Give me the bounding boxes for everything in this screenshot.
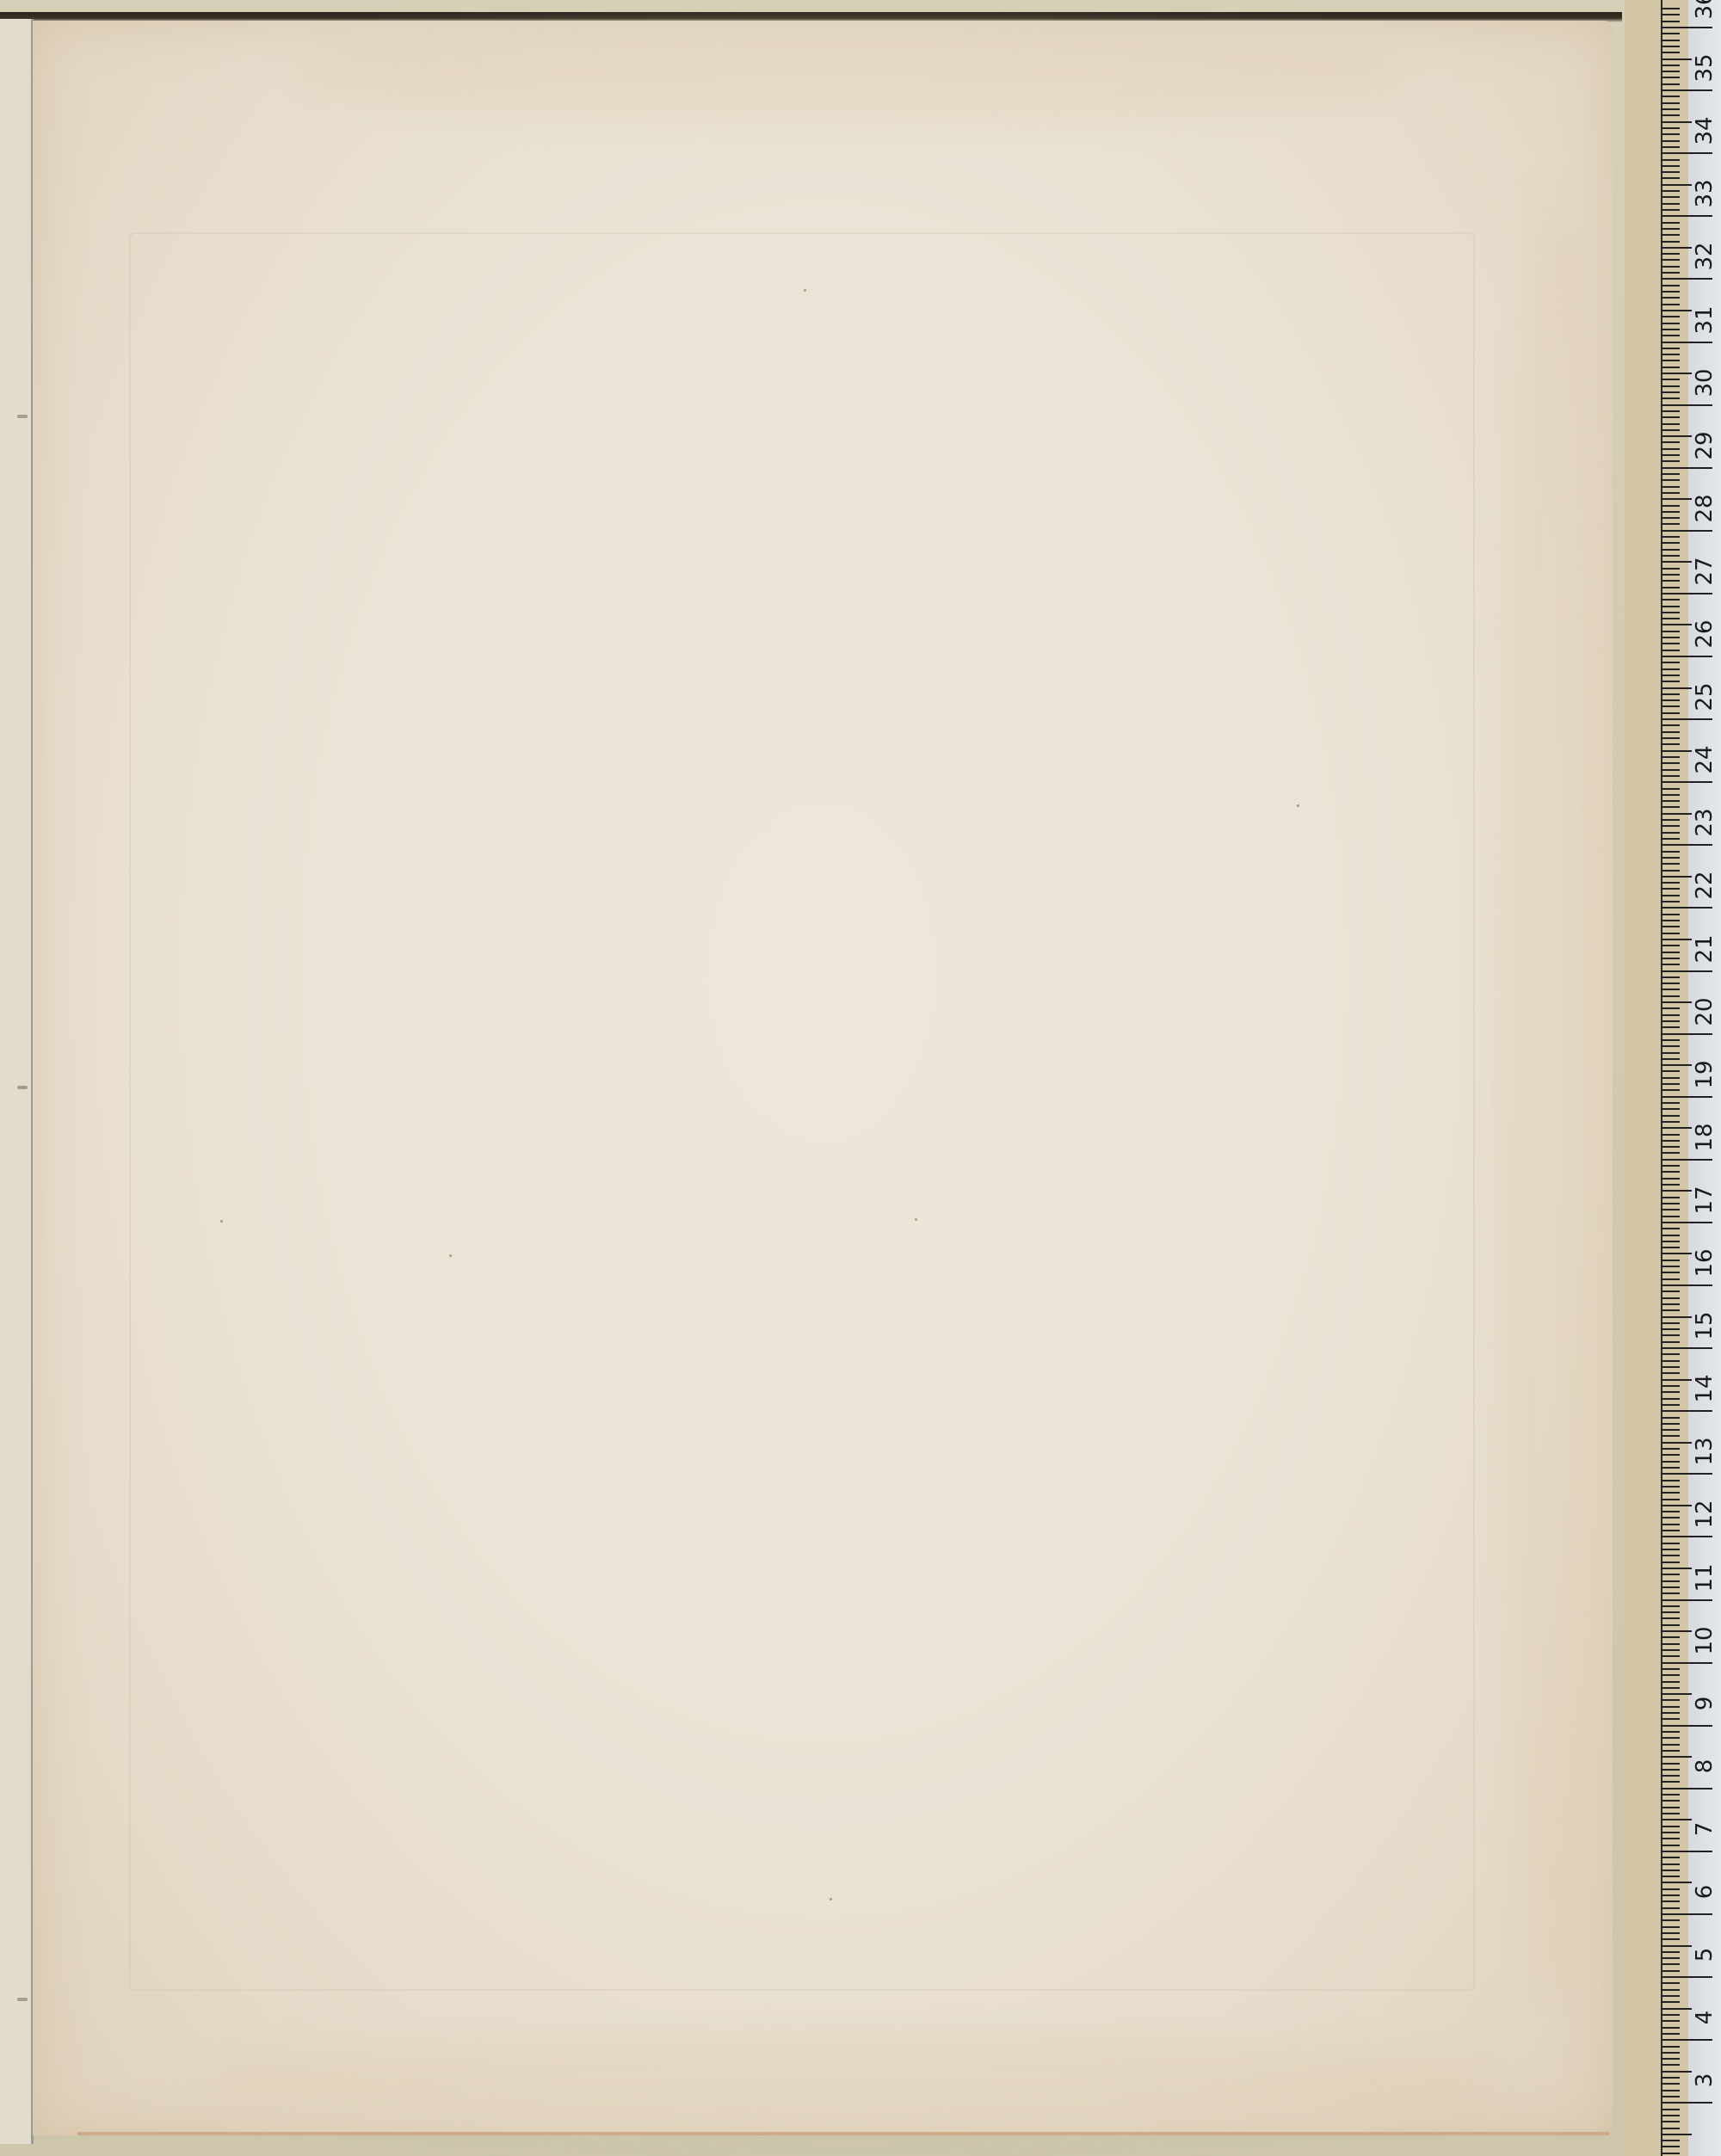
ruler-tick: [1661, 1385, 1680, 1387]
ruler-tick: [1661, 612, 1680, 613]
ruler-tick: [1661, 1410, 1712, 1412]
ruler-tick: [1661, 159, 1680, 161]
ruler-tick: [1661, 272, 1680, 274]
ruler-label: 33: [1693, 174, 1717, 213]
ruler-tick: [1661, 1649, 1680, 1651]
ruler-tick: [1661, 95, 1680, 97]
ruler-tick: [1661, 1391, 1680, 1393]
ruler-label: 21: [1693, 929, 1717, 969]
ruler-tick: [1661, 1077, 1680, 1079]
ruler-tick: [1661, 114, 1680, 116]
ruler-tick: [1661, 1536, 1712, 1537]
ruler-tick: [1661, 1900, 1680, 1902]
ruler-label: 14: [1693, 1369, 1717, 1408]
ruler-tick: [1661, 1894, 1680, 1896]
ruler-tick: [1661, 681, 1680, 682]
ruler-tick: [1661, 844, 1712, 846]
ruler-tick: [1661, 367, 1680, 368]
ruler-tick: [1661, 1165, 1680, 1167]
ruler-tick: [1661, 1058, 1680, 1060]
ruler-tick: [1661, 1568, 1692, 1569]
ruler-tick: [1661, 1951, 1680, 1953]
ruler-tick: [1661, 2008, 1692, 2010]
ruler-tick: [1661, 536, 1680, 538]
ruler-label: 25: [1693, 677, 1717, 717]
ruler-tick: [1661, 1316, 1692, 1318]
ruler-label: 29: [1693, 426, 1717, 465]
ruler-tick: [1661, 1309, 1680, 1311]
ruler-tick: [1661, 574, 1680, 576]
ruler-label: 7: [1693, 1809, 1717, 1849]
ruler-tick: [1661, 724, 1680, 726]
ruler-tick: [1661, 348, 1680, 349]
ruler-tick: [1661, 241, 1680, 243]
ruler-label: 22: [1693, 865, 1717, 905]
ruler-tick: [1661, 958, 1680, 959]
ruler-tick: [1661, 1756, 1692, 1758]
ruler-tick: [1661, 448, 1680, 450]
ruler-tick: [1661, 1303, 1680, 1305]
ruler-tick: [1661, 870, 1680, 872]
ruler-tick: [1661, 486, 1680, 488]
paper-speck: [804, 289, 806, 292]
ruler-tick: [1661, 335, 1680, 336]
ruler-tick: [1661, 1461, 1680, 1463]
ruler-tick: [1661, 1404, 1680, 1406]
ruler-tick: [1661, 1033, 1712, 1035]
ruler-tick: [1661, 1171, 1680, 1173]
ruler-tick: [1661, 1328, 1680, 1330]
ruler-tick: [1661, 606, 1680, 607]
ruler-tick: [1661, 102, 1680, 104]
ruler-tick: [1661, 397, 1680, 399]
ruler-tick: [1661, 769, 1680, 771]
ruler-tick: [1661, 1241, 1680, 1242]
ruler-tick: [1661, 2109, 1680, 2110]
ruler-tick: [1661, 1467, 1680, 1469]
ruler-tick: [1661, 825, 1680, 827]
paper-speck: [1297, 804, 1299, 807]
ruler-tick: [1661, 1731, 1680, 1733]
ruler-tick: [1661, 1184, 1680, 1186]
ruler-label: 4: [1693, 1998, 1717, 2037]
ruler-tick: [1661, 127, 1680, 129]
ruler-tick: [1661, 568, 1680, 570]
ruler-tick: [1661, 59, 1692, 60]
binding-stitch: [17, 415, 28, 418]
ruler-tick: [1661, 587, 1680, 588]
ruler-tick: [1661, 851, 1680, 853]
ruler-tick: [1661, 304, 1680, 305]
ruler-label: 24: [1693, 740, 1717, 779]
ruler-tick: [1661, 882, 1680, 884]
ruler-tick: [1661, 2090, 1680, 2091]
ruler-tick: [1661, 1505, 1692, 1506]
ruler-tick: [1661, 1957, 1680, 1959]
ruler-label: 17: [1693, 1180, 1717, 1220]
ruler-tick: [1661, 1549, 1680, 1550]
ruler-tick: [1661, 976, 1680, 978]
ruler-tick: [1661, 234, 1680, 236]
ruler-tick: [1661, 492, 1680, 494]
ruler-tick: [1661, 253, 1680, 255]
ruler-tick: [1661, 876, 1692, 878]
ruler-tick: [1661, 354, 1680, 355]
ruler-tick: [1661, 297, 1680, 299]
ruler-tick: [1661, 1423, 1680, 1425]
ruler-tick: [1661, 1190, 1692, 1192]
ruler-tick: [1661, 1693, 1692, 1695]
ruler-tick: [1661, 1605, 1680, 1607]
paper-speck: [830, 1898, 832, 1900]
ruler-tick: [1661, 1108, 1680, 1110]
ruler-tick: [1661, 1794, 1680, 1796]
ruler-tick: [1661, 423, 1680, 425]
ruler-tick: [1661, 1353, 1680, 1355]
ruler-tick: [1661, 1007, 1680, 1009]
ruler-tick: [1661, 473, 1680, 475]
ruler-tick: [1661, 203, 1680, 205]
ruler-tick: [1661, 2064, 1680, 2066]
ruler-tick: [1661, 832, 1680, 834]
ruler-tick: [1661, 1442, 1692, 1444]
ruler-tick: [1661, 599, 1680, 601]
ruler-tick: [1661, 806, 1680, 808]
ruler-tick: [1661, 756, 1680, 758]
ruler-tick: [1661, 1524, 1680, 1525]
ruler-tick: [1661, 1146, 1680, 1148]
ruler-tick: [1661, 1216, 1680, 1217]
ruler-tick: [1661, 1586, 1680, 1588]
ruler-tick: [1661, 1272, 1680, 1273]
ruler-tick: [1661, 775, 1680, 777]
ruler-tick: [1661, 71, 1680, 72]
ruler-tick: [1661, 1970, 1680, 1972]
ruler-label: 34: [1693, 111, 1717, 151]
paper-speck: [915, 1218, 917, 1221]
ruler-tick: [1661, 429, 1680, 431]
ruler-tick: [1661, 2071, 1692, 2073]
page-bottom-edge: [77, 2132, 1609, 2135]
ruler-label: 3: [1693, 2061, 1717, 2100]
ruler-tick: [1661, 1555, 1680, 1556]
ruler-tick: [1661, 1888, 1680, 1890]
ruler-tick: [1661, 385, 1680, 387]
ruler-tick: [1661, 1530, 1680, 1531]
ruler-tick: [1661, 1845, 1680, 1846]
ruler-tick: [1661, 750, 1692, 752]
ruler-label: 15: [1693, 1306, 1717, 1346]
ruler-tick: [1661, 479, 1680, 481]
ruler-tick: [1661, 1127, 1692, 1129]
ruler-tick: [1661, 1473, 1712, 1475]
ruler-tick: [1661, 1121, 1680, 1123]
ruler-tick: [1661, 1687, 1680, 1689]
ruler-tick: [1661, 1448, 1680, 1450]
ruler-tick: [1661, 196, 1680, 198]
ruler-tick: [1661, 247, 1692, 249]
ruler-tick: [1661, 1083, 1680, 1085]
ruler-tick: [1661, 1159, 1712, 1161]
ruler-tick: [1661, 1492, 1680, 1494]
ruler-label: 18: [1693, 1118, 1717, 1157]
ruler-tick: [1661, 2077, 1680, 2079]
ruler-tick: [1661, 1102, 1680, 1104]
ruler-label: 32: [1693, 237, 1717, 276]
ruler-tick: [1661, 945, 1680, 946]
ruler-tick: [1661, 1826, 1680, 1827]
ruler-tick: [1661, 901, 1680, 902]
ruler-tick: [1661, 762, 1680, 764]
ruler-tick: [1661, 668, 1680, 670]
ruler-tick: [1661, 133, 1680, 135]
previous-leaf-edge: [0, 19, 34, 2144]
ruler-tick: [1661, 1291, 1680, 1292]
ruler-tick: [1661, 33, 1680, 34]
ruler-tick: [1661, 2052, 1680, 2054]
ruler-tick: [1661, 190, 1680, 192]
ruler-label: 31: [1693, 300, 1717, 340]
ruler-tick: [1661, 209, 1680, 211]
ruler-tick: [1661, 1045, 1680, 1047]
ruler-tick: [1661, 800, 1680, 802]
ruler-tick: [1661, 523, 1680, 525]
ruler-tick: [1661, 460, 1680, 462]
ruler-tick: [1661, 1197, 1680, 1198]
ruler-tick: [1661, 1681, 1680, 1683]
ruler-tick: [1661, 1599, 1712, 1601]
ruler-tick: [1661, 1882, 1692, 1883]
ruler-tick: [1661, 165, 1680, 167]
ruler-tick: [1661, 1366, 1680, 1368]
ruler-label: 13: [1693, 1432, 1717, 1471]
foxing-stain: [205, 2034, 1496, 2128]
ruler-tick: [1661, 1511, 1680, 1512]
ruler-label: 19: [1693, 1055, 1717, 1094]
ruler-tick: [1661, 410, 1680, 412]
ruler-tick: [1661, 1152, 1680, 1154]
ruler-label: 9: [1693, 1684, 1717, 1723]
ruler-label: 8: [1693, 1746, 1717, 1786]
ruler-tick: [1661, 2058, 1680, 2060]
ruler-tick: [1661, 1089, 1680, 1091]
ruler-tick: [1661, 705, 1680, 707]
ruler-tick: [1661, 1982, 1680, 1984]
ruler-tick: [1661, 1347, 1712, 1349]
ruler-tick: [1661, 637, 1680, 638]
ruler-label: 10: [1693, 1621, 1717, 1660]
ruler-tick: [1661, 1706, 1680, 1708]
ruler-tick: [1661, 222, 1680, 224]
ruler-tick: [1661, 285, 1680, 286]
ruler-tick: [1661, 14, 1680, 15]
ruler-tick: [1661, 675, 1680, 676]
ruler-tick: [1661, 1398, 1680, 1400]
ruler-tick: [1661, 1750, 1680, 1752]
ruler-tick: [1661, 939, 1692, 940]
ruler-tick: [1661, 1334, 1680, 1336]
ruler-tick: [1661, 1435, 1680, 1437]
ruler-tick: [1661, 914, 1680, 915]
ruler-tick: [1661, 731, 1680, 733]
ruler-tick: [1661, 1020, 1680, 1022]
ruler-tick: [1661, 1429, 1680, 1431]
ruler-tick: [1661, 1115, 1680, 1117]
ruler-tick: [1661, 89, 1712, 91]
ruler-tick: [1661, 593, 1712, 594]
ruler-tick: [1661, 1580, 1680, 1582]
ruler-tick: [1661, 1260, 1680, 1261]
ruler-tick: [1661, 1001, 1692, 1003]
ruler-tick: [1661, 21, 1680, 22]
ruler-tick: [1661, 650, 1680, 651]
ruler-tick: [1661, 656, 1712, 657]
ruler-tick: [1661, 2014, 1680, 2016]
ruler-tick: [1661, 1517, 1680, 1518]
ruler-tick: [1661, 1480, 1680, 1481]
ruler-tick: [1661, 40, 1680, 41]
ruler-tick: [1661, 2083, 1680, 2085]
ruler-label: 23: [1693, 803, 1717, 842]
ruler-tick: [1661, 228, 1680, 230]
ruler-label: 35: [1693, 48, 1717, 88]
ruler-tick: [1661, 794, 1680, 796]
ruler-tick: [1661, 1278, 1680, 1280]
ruler-tick: [1661, 1039, 1680, 1041]
ruler-tick: [1661, 2121, 1680, 2122]
ruler-tick: [1661, 1926, 1680, 1928]
ruler-tick: [1661, 624, 1692, 625]
ruler-tick: [1661, 1209, 1680, 1210]
paper-speck: [449, 1254, 452, 1257]
ruler-tick: [1661, 1945, 1692, 1947]
ruler-tick: [1661, 1134, 1680, 1136]
ruler-tick: [1661, 1064, 1692, 1066]
ruler-tick: [1661, 404, 1712, 406]
ruler-tick: [1661, 718, 1712, 720]
ruler-tick: [1661, 177, 1680, 179]
ruler-tick: [1661, 1486, 1680, 1488]
ruler-tick: [1661, 618, 1680, 619]
ruler-tick: [1661, 278, 1712, 280]
ruler-tick: [1661, 1919, 1680, 1921]
ruler-tick: [1661, 467, 1712, 469]
ruler-tick: [1661, 2140, 1680, 2141]
ruler-tick: [1661, 498, 1692, 500]
ruler-tick: [1661, 926, 1680, 927]
ruler-tick: [1661, 888, 1680, 890]
ruler-tick: [1661, 1800, 1680, 1802]
ruler-tick: [1661, 435, 1692, 437]
ruler-tick: [1661, 699, 1680, 701]
ruler-tick: [1661, 1014, 1680, 1016]
ruler-tick: [1661, 505, 1680, 507]
ruler-tick: [1661, 323, 1680, 324]
ruler-tick: [1661, 952, 1680, 953]
ruler-tick: [1661, 1995, 1680, 1997]
ruler-tick: [1661, 983, 1680, 984]
ruler-tick: [1661, 46, 1680, 47]
ruler-tick: [1661, 77, 1680, 78]
ruler-label: 5: [1693, 1935, 1717, 1974]
ruler-tick: [1661, 1807, 1680, 1808]
ruler-tick: [1661, 1781, 1680, 1783]
ruler-tick: [1661, 1070, 1680, 1072]
ruler-tick: [1661, 743, 1680, 745]
ruler-tick: [1661, 2033, 1680, 2035]
ruler-tick: [1661, 2001, 1680, 2003]
ruler-tick: [1661, 1247, 1680, 1248]
ruler-tick: [1661, 693, 1680, 695]
ruler-tick: [1661, 1499, 1680, 1500]
ruler-tick: [1661, 1857, 1680, 1858]
ruler-tick: [1661, 1832, 1680, 1833]
ruler-tick: [1661, 1838, 1680, 1839]
ruler-tick: [1661, 1630, 1692, 1632]
ruler-tick: [1661, 1725, 1712, 1727]
ruler-tick: [1661, 1699, 1680, 1701]
ruler-tick: [1661, 310, 1692, 311]
ruler-tick: [1661, 1668, 1680, 1670]
ruler-tick: [1661, 27, 1712, 28]
ruler-tick: [1661, 1989, 1680, 1991]
ruler-tick: [1661, 2102, 1712, 2104]
ruler-tick: [1661, 857, 1680, 859]
ruler-tick: [1661, 266, 1680, 268]
ruler-label: 30: [1693, 363, 1717, 403]
ruler-tick: [1661, 995, 1680, 997]
ruler-tick: [1661, 781, 1712, 783]
ruler-label: 20: [1693, 992, 1717, 1032]
ruler-tick: [1661, 1372, 1680, 1374]
paper-speck: [220, 1220, 223, 1223]
ruler-tick: [1661, 1624, 1680, 1626]
ruler-tick: [1661, 1360, 1680, 1362]
ruler-tick: [1661, 1938, 1680, 1940]
ruler-label: 12: [1693, 1494, 1717, 1534]
ruler-tick: [1661, 2096, 1680, 2097]
ruler-tick: [1661, 712, 1680, 714]
ruler-tick: [1661, 316, 1680, 317]
ruler-tick: [1661, 373, 1692, 374]
ruler-tick: [1661, 1562, 1680, 1563]
ruler-tick: [1661, 52, 1680, 53]
ruler-label: 27: [1693, 551, 1717, 591]
ruler-tick: [1661, 2039, 1712, 2041]
ruler-tick: [1661, 2020, 1680, 2022]
ruler-tick: [1661, 416, 1680, 418]
ruler-tick: [1661, 687, 1692, 689]
ruler-tick: [1661, 1322, 1680, 1324]
ruler-tick: [1661, 1907, 1680, 1909]
ruler-tick: [1661, 1284, 1712, 1286]
ruler-tick: [1661, 895, 1680, 896]
ruler-tick: [1661, 1913, 1712, 1915]
ruler-tick: [1661, 970, 1712, 972]
ruler-tick: [1661, 65, 1680, 66]
ruler-tick: [1661, 788, 1680, 790]
ruler-tick: [1661, 291, 1680, 293]
ruler-tick: [1661, 1417, 1680, 1419]
ruler-tick: [1661, 1718, 1680, 1720]
plate-mark: [129, 232, 1475, 1991]
ruler-tick: [1661, 140, 1680, 142]
ruler-tick: [1661, 171, 1680, 173]
ruler-tick: [1661, 2134, 1692, 2135]
ruler-tick: [1661, 8, 1680, 9]
ruler-tick: [1661, 580, 1680, 582]
ruler-tick: [1661, 1341, 1680, 1343]
